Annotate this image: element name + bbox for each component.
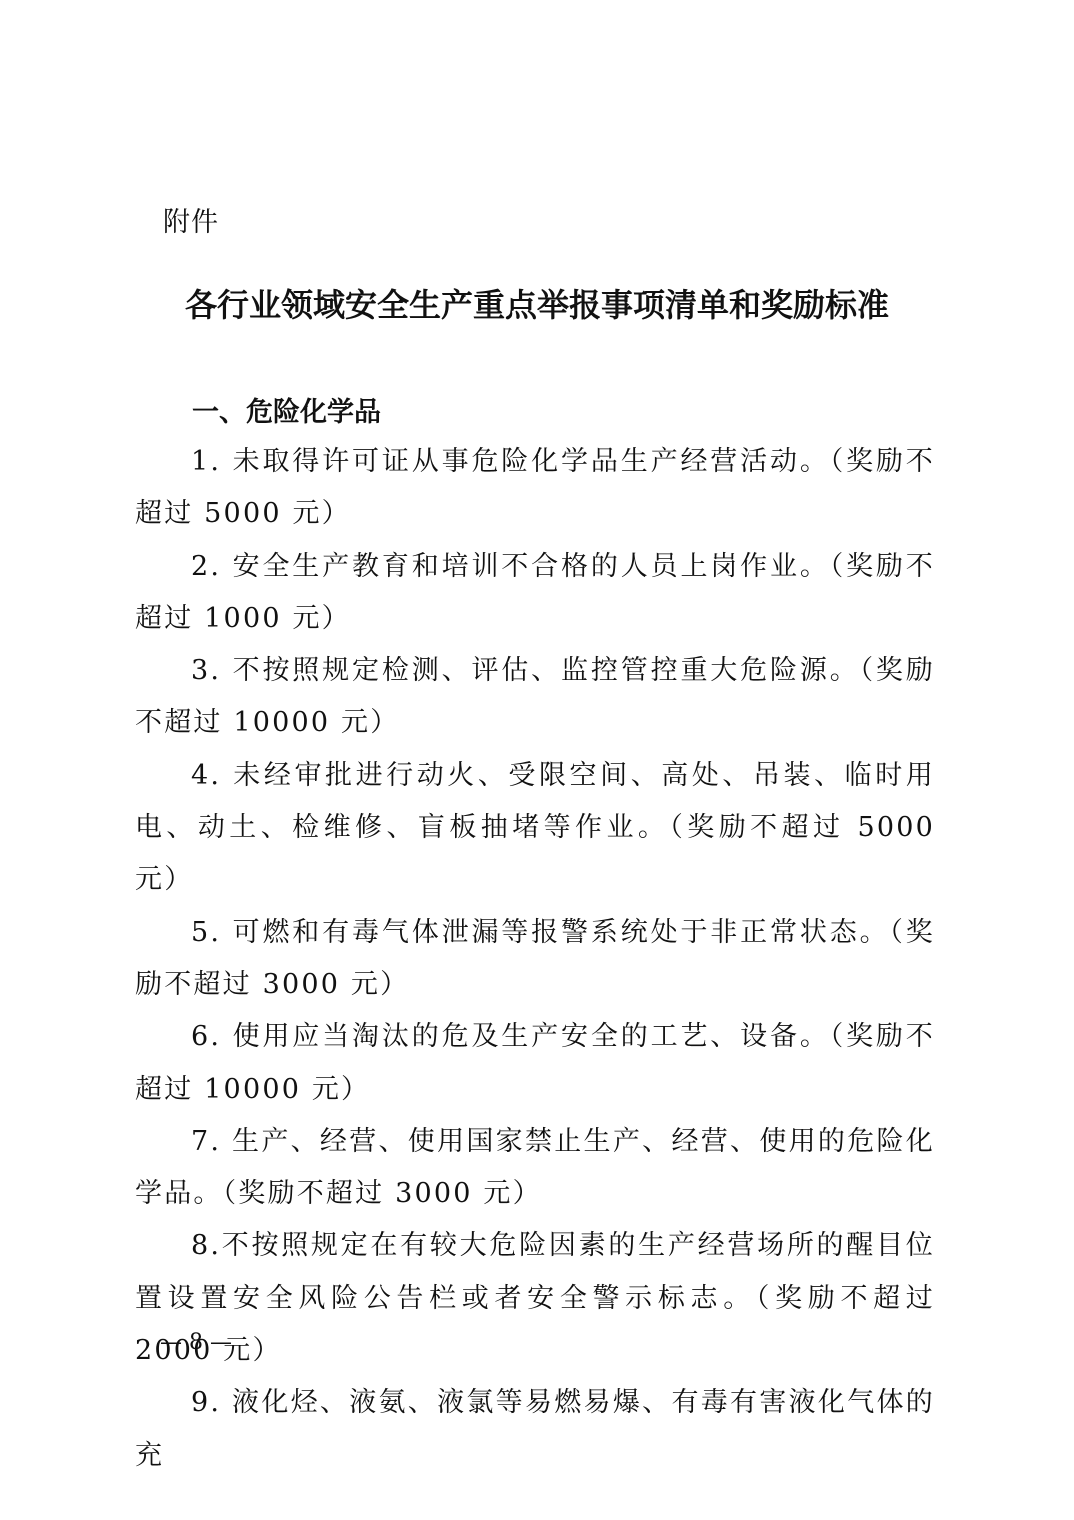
list-item: 5. 可燃和有毒气体泄漏等报警系统处于非正常状态。（奖励不超过 3000 元） (135, 907, 935, 1012)
attachment-label: 附件 (163, 200, 219, 239)
list-item: 3. 不按照规定检测、评估、监控管控重大危险源。（奖励不超过 10000 元） (135, 645, 935, 750)
list-item: 9. 液化烃、液氨、液氯等易燃易爆、有毒有害液化气体的充 (135, 1377, 935, 1482)
list-item: 1. 未取得许可证从事危险化学品生产经营活动。（奖励不超过 5000 元） (135, 436, 935, 541)
list-item: 6. 使用应当淘汰的危及生产安全的工艺、设备。（奖励不超过 10000 元） (135, 1011, 935, 1116)
section-heading: 一、危险化学品 (192, 390, 381, 429)
list-item: 8.不按照规定在有较大危险因素的生产经营场所的醒目位置设置安全风险公告栏或者安全… (135, 1220, 935, 1377)
item-list: 1. 未取得许可证从事危险化学品生产经营活动。（奖励不超过 5000 元） 2.… (135, 436, 935, 1482)
document-page: 附件 各行业领域安全生产重点举报事项清单和奖励标准 一、危险化学品 1. 未取得… (0, 0, 1074, 1520)
list-item: 4. 未经审批进行动火、受限空间、高处、吊装、临时用电、动土、检维修、盲板抽堵等… (135, 750, 935, 907)
page-number: — 8 — (160, 1330, 232, 1355)
list-item: 2. 安全生产教育和培训不合格的人员上岗作业。（奖励不超过 1000 元） (135, 541, 935, 646)
list-item: 7. 生产、经营、使用国家禁止生产、经营、使用的危险化学品。（奖励不超过 300… (135, 1116, 935, 1221)
document-title: 各行业领域安全生产重点举报事项清单和奖励标准 (0, 280, 1074, 326)
